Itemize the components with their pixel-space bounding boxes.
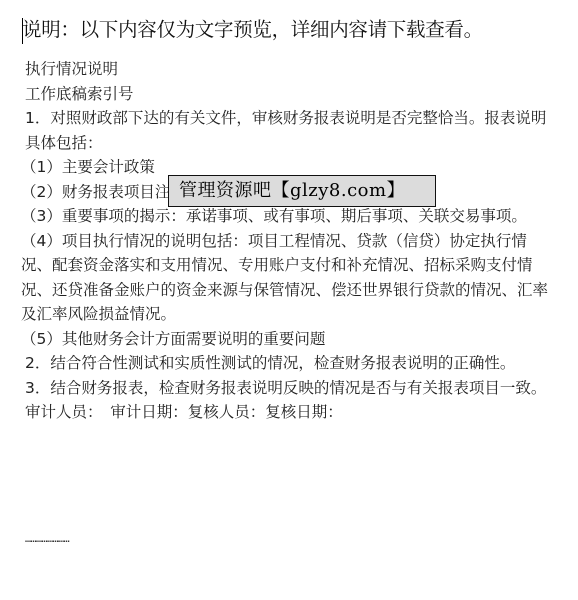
doc-list-item: （3）重要事项的揭示：承诺事项、或有事项、期后事项、关联交易事项。 xyxy=(21,204,555,229)
doc-paragraph: 1．对照财政部下达的有关文件，审核财务报表说明是否完整恰当。报表说明具体包括： xyxy=(25,106,555,155)
preview-notice: 说明：以下内容仅为文字预览，详细内容请下载查看。 xyxy=(22,15,483,45)
doc-list-item: （5）其他财务会计方面需要说明的重要问题 xyxy=(21,327,555,352)
ellipsis-dots: …………………… xyxy=(25,534,69,545)
doc-signature-line: 审计人员： 审计日期：复核人员：复核日期： xyxy=(25,400,555,425)
doc-index-label: 工作底稿索引号 xyxy=(25,82,555,107)
doc-paragraph: 3．结合财务报表，检查财务报表说明反映的情况是否与有关报表项目一致。 xyxy=(25,376,555,401)
document-body: 执行情况说明 工作底稿索引号 1．对照财政部下达的有关文件，审核财务报表说明是否… xyxy=(25,57,555,425)
watermark-banner: 管理资源吧【glzy8.com】 xyxy=(168,175,436,207)
doc-list-item: （4）项目执行情况的说明包括：项目工程情况、贷款（信贷）协定执行情况、配套资金落… xyxy=(21,229,555,327)
doc-title: 执行情况说明 xyxy=(25,57,555,82)
doc-paragraph: 2．结合符合性测试和实质性测试的情况，检查财务报表说明的正确性。 xyxy=(25,351,555,376)
